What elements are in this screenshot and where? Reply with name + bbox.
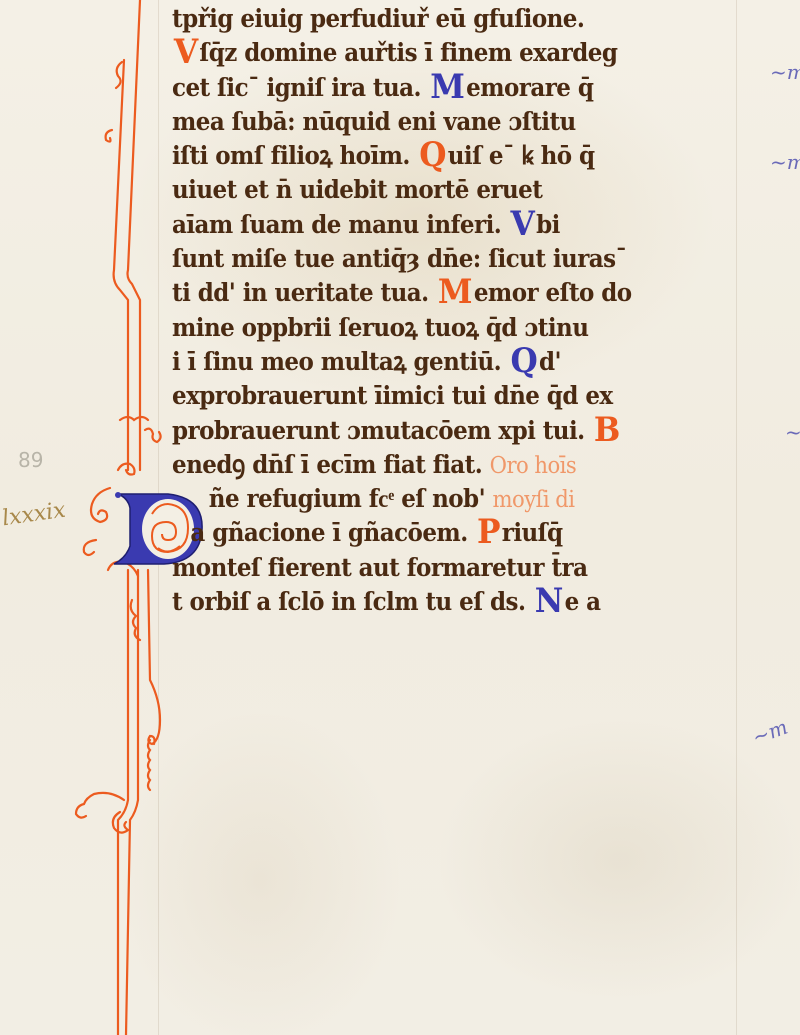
line-text: emor eſto do — [474, 278, 632, 307]
line-text: mea ſubā: nūquid eni vane ɔſtitu — [172, 107, 576, 136]
text-line-12: exprobrauerunt īimici tui dn̄e q̄d ex — [172, 379, 724, 413]
text-line-16: a gñacione ī gñacōem. Priuſq̄ — [172, 516, 724, 550]
line-text: d' — [539, 347, 561, 376]
line-text: exprobrauerunt īimici tui dn̄e q̄d ex — [172, 381, 613, 410]
line-text: bi — [536, 210, 560, 239]
line-text: ñe refugium fcͤ eſ nob' — [209, 484, 485, 513]
pencil-folio-number: 89 — [18, 448, 43, 472]
line-text: t orbiſ a ſclō in ſclm tu eſ ds. — [172, 587, 525, 616]
text-line-18: t orbiſ a ſclō in ſclm tu eſ ds. Ne a — [172, 585, 724, 619]
line-text: ſq̄z domine auřtis ī finem exardeg — [199, 38, 617, 67]
rubric-psalm-title-1: Oro hoīs — [490, 453, 577, 479]
line-text: monteſ fierent aut formaretur t̄ra — [172, 553, 587, 582]
initial-b-red: B — [594, 415, 620, 445]
text-line-1: tpřig eiuig perfudiuř eū gfuſione. — [172, 2, 724, 36]
initial-m-red: M — [438, 277, 472, 307]
text-line-3: cet ſicˉ igniſ ira tua. Memorare q̄ — [172, 71, 724, 105]
initial-v-red: V — [174, 37, 198, 67]
text-line-4: mea ſubā: nūquid eni vane ɔſtitu — [172, 105, 724, 139]
line-text: tpřig eiuig perfudiuř eū gfuſione. — [172, 4, 584, 33]
text-line-15: ñe refugium fcͤ eſ nob' moyſi di — [172, 482, 724, 516]
line-text: ſunt miſe tue antiq̄ȝ dn̄e: ſicut iurasˉ — [172, 244, 626, 273]
text-line-10: mine oppbrii ſeruoꝝ tuoꝝ q̄d ɔtinu — [172, 311, 724, 345]
line-text: emorare q̄ — [466, 73, 593, 102]
rubric-psalm-title-2: moyſi di — [493, 487, 575, 513]
line-text: probrauerunt ɔmutacōem xpi tui. — [172, 416, 585, 445]
line-text: enedꝯ dn̄ſ ī ecīm fiat fiat. — [172, 450, 482, 479]
text-line-7: aīam ſuam de manu inferi. Vbi — [172, 208, 724, 242]
initial-q-red: Q — [419, 140, 446, 170]
text-line-2: Vſq̄z domine auřtis ī finem exardeg — [172, 36, 724, 70]
right-flourish-2: ~m — [770, 150, 800, 174]
line-text: e a — [565, 587, 601, 616]
text-line-13: probrauerunt ɔmutacōem xpi tui. B — [172, 414, 724, 448]
line-text: cet ſicˉ igniſ ira tua. — [172, 73, 421, 102]
initial-v-blue: V — [511, 209, 535, 239]
line-text: a gñacione ī gñacōem. — [190, 518, 467, 547]
right-flourish-3: ~m — [785, 420, 800, 444]
initial-p-red: P — [477, 517, 500, 547]
text-line-14: enedꝯ dn̄ſ ī ecīm fiat fiat. Oro hoīs — [172, 448, 724, 482]
right-flourish-1: ~m — [770, 60, 800, 84]
line-text: mine oppbrii ſeruoꝝ tuoꝝ q̄d ɔtinu — [172, 313, 588, 342]
text-line-8: ſunt miſe tue antiq̄ȝ dn̄e: ſicut iurasˉ — [172, 242, 724, 276]
text-line-9: ti dd' in ueritate tua. Memor eſto do — [172, 276, 724, 310]
line-text: uiſ eˉ ꝃ hō q̄ — [448, 141, 595, 170]
line-text: iſti omſ filioꝝ hoīm. — [172, 141, 410, 170]
line-text: i ī ſinu meo multaꝝ gentiū. — [172, 347, 501, 376]
text-line-11: i ī ſinu meo multaꝝ gentiū. Qd' — [172, 345, 724, 379]
line-text: aīam ſuam de manu inferi. — [172, 210, 501, 239]
initial-q-blue: Q — [510, 346, 537, 376]
text-line-5: iſti omſ filioꝝ hoīm. Quiſ eˉ ꝃ hō q̄ — [172, 139, 724, 173]
line-text: riuſq̄ — [502, 518, 563, 547]
line-text: uiuet et n̄ uidebit mortē eruet — [172, 175, 542, 204]
text-block: tpřig eiuig perfudiuř eū gfuſione. Vſq̄z… — [172, 2, 772, 619]
text-line-6: uiuet et n̄ uidebit mortē eruet — [172, 173, 724, 207]
text-line-17: monteſ fierent aut formaretur t̄ra — [172, 551, 724, 585]
initial-m-blue: M — [430, 72, 464, 102]
line-text: ti dd' in ueritate tua. — [172, 278, 429, 307]
initial-n-blue: N — [535, 586, 563, 616]
